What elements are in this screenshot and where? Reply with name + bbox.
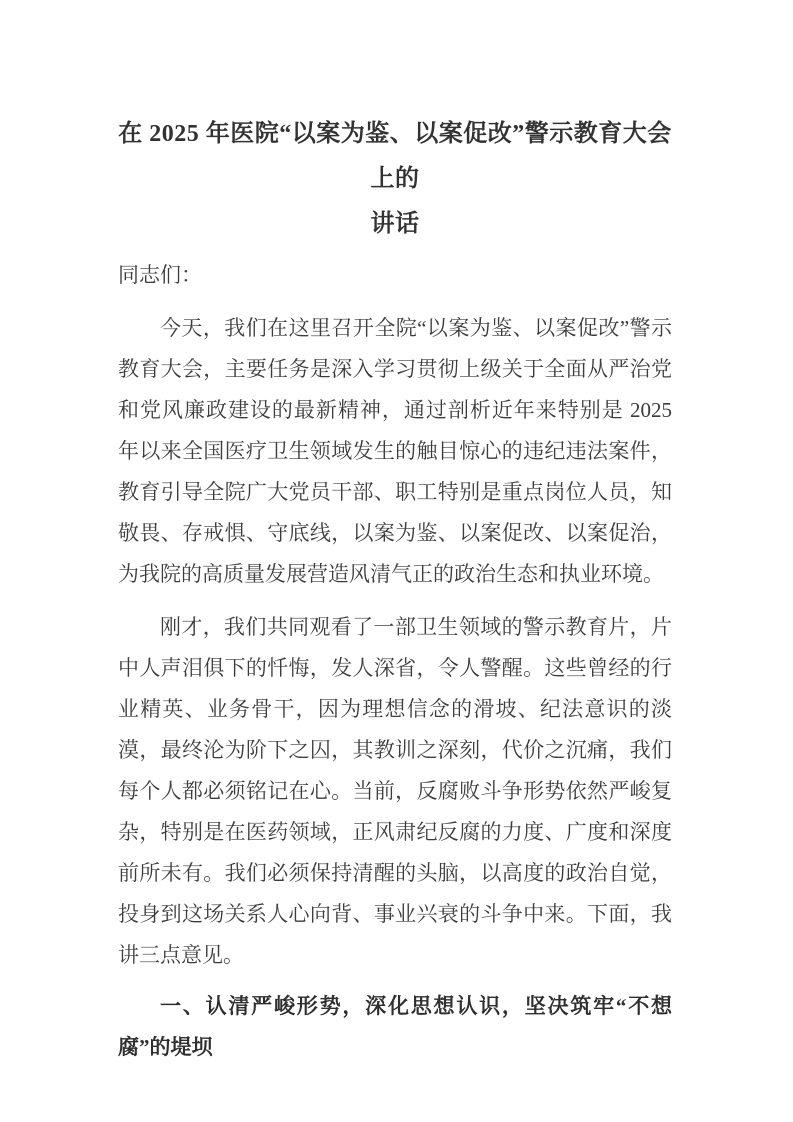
document-title-line-2: 讲话	[118, 202, 672, 247]
document-title: 在 2025 年医院“以案为鉴、以案促改”警示教育大会上的 讲话	[118, 112, 672, 247]
document-page: 在 2025 年医院“以案为鉴、以案促改”警示教育大会上的 讲话 同志们： 今天…	[0, 0, 793, 1122]
document-title-line-1: 在 2025 年医院“以案为鉴、以案促改”警示教育大会上的	[118, 112, 672, 202]
greeting-line: 同志们：	[118, 255, 672, 296]
paragraph-1: 今天，我们在这里召开全院“以案为鉴、以案促改”警示教育大会，主要任务是深入学习贯…	[118, 308, 672, 595]
section-heading-1: 一、认清严峻形势，深化思想认识，坚决筑牢“不想腐”的堤坝	[118, 986, 672, 1068]
paragraph-2: 刚才，我们共同观看了一部卫生领域的警示教育片，片中人声泪俱下的忏悔，发人深省，令…	[118, 607, 672, 976]
